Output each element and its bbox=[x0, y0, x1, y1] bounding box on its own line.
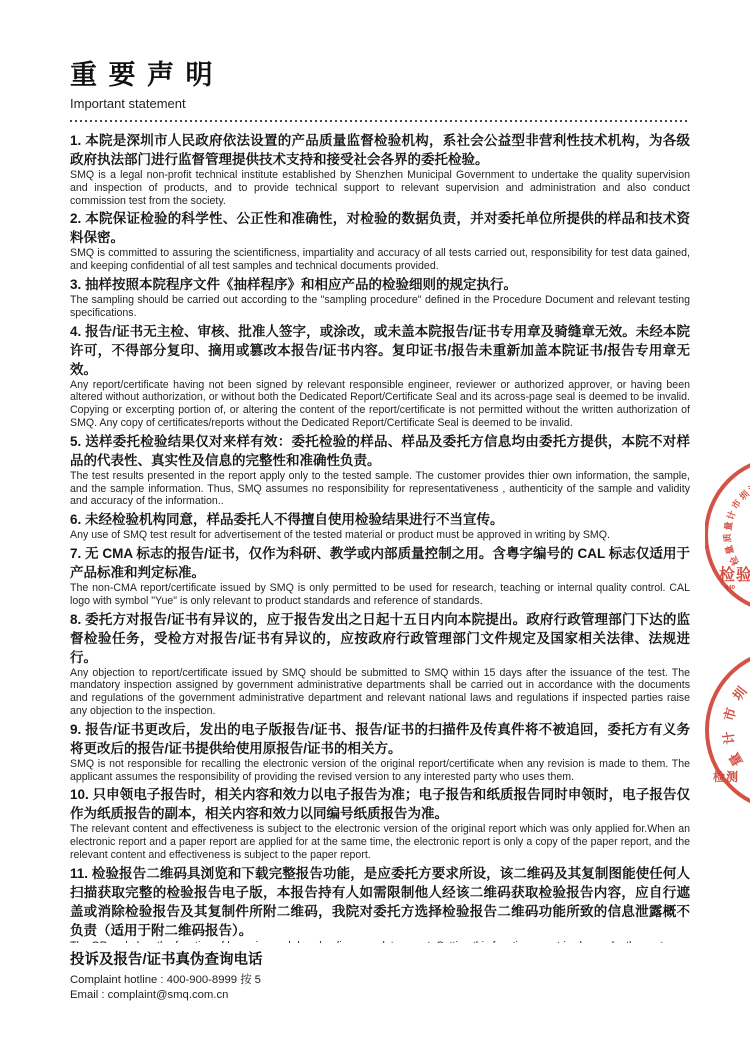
statement-item-cn: 2. 本院保证检验的科学性、公正性和准确性，对检验的数据负责，并对委托单位所提供… bbox=[70, 209, 690, 247]
red-seal-lower: 深圳市计量检测 bbox=[703, 652, 750, 810]
statement-item-cn: 11. 检验报告二维码具浏览和下载完整报告功能，是应委托方要求所设，该二维码及其… bbox=[70, 864, 690, 940]
statement-item-en: SMQ is committed to assuring the scienti… bbox=[70, 247, 690, 273]
statement-item: 1. 本院是深圳市人民政府依法设置的产品质量监督检验机构，系社会公益型非营利性技… bbox=[70, 131, 690, 207]
statement-item-cn: 4. 报告/证书无主检、审核、批准人签字，或涂改，或未盖本院报告/证书专用章及骑… bbox=[70, 322, 690, 379]
seal-arc-char: 圳 bbox=[736, 487, 750, 503]
statement-item-en: Any report/certificate having not been s… bbox=[70, 379, 690, 430]
statement-item: 3. 抽样按照本院程序文件《抽样程序》和相应产品的检验细则的规定执行。The s… bbox=[70, 275, 690, 320]
dotted-separator bbox=[70, 120, 690, 122]
seal-bottom-digits: 440 bbox=[725, 585, 735, 591]
seal-inner-text: 检测 bbox=[713, 768, 739, 785]
important-statement-page: 重 要 声 明 Important statement 1. 本院是深圳市人民政… bbox=[0, 0, 750, 1061]
statement-item: 4. 报告/证书无主检、审核、批准人签字，或涂改，或未盖本院报告/证书专用章及骑… bbox=[70, 322, 690, 430]
statement-item-cn: 3. 抽样按照本院程序文件《抽样程序》和相应产品的检验细则的规定执行。 bbox=[70, 275, 690, 294]
statement-item-en: The sampling should be carried out accor… bbox=[70, 294, 690, 320]
statement-item: 2. 本院保证检验的科学性、公正性和准确性，对检验的数据负责，并对委托单位所提供… bbox=[70, 209, 690, 273]
seal-circle bbox=[705, 652, 750, 810]
statement-item-en: Any use of SMQ test result for advertise… bbox=[70, 529, 690, 542]
statement-item: 6. 未经检验机构同意，样品委托人不得擅自使用检验结果进行不当宣传。Any us… bbox=[70, 510, 690, 542]
seal-arc-char: 市 bbox=[718, 706, 740, 723]
statement-item: 8. 委托方对报告/证书有异议的，应于报告发出之日起十五日内向本院提出。政府行政… bbox=[70, 610, 690, 718]
seal-arc-char: 检 bbox=[726, 554, 742, 568]
page-title: 重 要 声 明 bbox=[70, 60, 690, 91]
seal-arc-char: 质 bbox=[720, 533, 734, 543]
statement-item-cn: 10. 只申领电子报告时，相关内容和效力以电子报告为准；电子报告和纸质报告同时申… bbox=[70, 785, 690, 823]
statement-item-en: SMQ is not responsible for recalling the… bbox=[70, 758, 690, 784]
statement-item: 10. 只申领电子报告时，相关内容和效力以电子报告为准；电子报告和纸质报告同时申… bbox=[70, 785, 690, 861]
statement-item: 11. 检验报告二维码具浏览和下载完整报告功能，是应委托方要求所设，该二维码及其… bbox=[70, 864, 690, 943]
statement-item: 7. 无 CMA 标志的报告/证书，仅作为科研、教学或内部质量控制之用。含粤字编… bbox=[70, 544, 690, 608]
seal-arc-char: 圳 bbox=[728, 683, 750, 705]
page-header: 重 要 声 明 Important statement bbox=[70, 60, 690, 122]
statement-item-cn: 7. 无 CMA 标志的报告/证书，仅作为科研、教学或内部质量控制之用。含粤字编… bbox=[70, 544, 690, 582]
statement-list: 1. 本院是深圳市人民政府依法设置的产品质量监督检验机构，系社会公益型非营利性技… bbox=[70, 131, 690, 943]
seal-arc-char: 计 bbox=[717, 730, 738, 745]
statement-item-en: The test results presented in the report… bbox=[70, 470, 690, 508]
seal-arc-char: 深 bbox=[747, 667, 750, 690]
statement-item-cn: 1. 本院是深圳市人民政府依法设置的产品质量监督检验机构，系社会公益型非营利性技… bbox=[70, 131, 690, 169]
statement-item-en: The relevant content and effectiveness i… bbox=[70, 823, 690, 861]
statement-item-cn: 9. 报告/证书更改后，发出的电子版报告/证书、报告/证书的扫描件及传真件将不被… bbox=[70, 720, 690, 758]
statement-item-cn: 6. 未经检验机构同意，样品委托人不得擅自使用检验结果进行不当宣传。 bbox=[70, 510, 690, 529]
seal-circle bbox=[705, 458, 750, 608]
statement-item: 5. 送样委托检验结果仅对来样有效：委托检验的样品、样品及委托方信息均由委托方提… bbox=[70, 432, 690, 508]
contact-title: 投诉及报告/证书真伪查询电话 bbox=[70, 948, 690, 969]
statement-item-en: The non-CMA report/certificate issued by… bbox=[70, 582, 690, 608]
red-seal-upper: 深圳市计量质量检检验440 bbox=[705, 458, 750, 608]
statement-item-en: SMQ is a legal non-profit technical inst… bbox=[70, 169, 690, 207]
contact-footer: 投诉及报告/证书真伪查询电话 Complaint hotline : 400-9… bbox=[70, 948, 690, 1003]
complaint-hotline: Complaint hotline : 400-900-8999 按 5 bbox=[70, 973, 690, 988]
statement-item-cn: 8. 委托方对报告/证书有异议的，应于报告发出之日起十五日内向本院提出。政府行政… bbox=[70, 610, 690, 667]
statement-item-cn: 5. 送样委托检验结果仅对来样有效：委托检验的样品、样品及委托方信息均由委托方提… bbox=[70, 432, 690, 470]
statement-item: 9. 报告/证书更改后，发出的电子版报告/证书、报告/证书的扫描件及传真件将不被… bbox=[70, 720, 690, 784]
seal-arc-char: 量 bbox=[724, 750, 747, 771]
seal-arc-char: 深 bbox=[746, 480, 750, 496]
seal-inner-text: 检验 bbox=[719, 562, 750, 585]
page-subtitle: Important statement bbox=[70, 96, 690, 111]
seal-arc-char: 市 bbox=[728, 497, 744, 512]
statement-item-en: The QR code has the function of browsing… bbox=[70, 940, 690, 943]
statement-item-en: Any objection to report/certificate issu… bbox=[70, 667, 690, 718]
seal-arc-char: 计 bbox=[723, 508, 738, 521]
seal-arc-char: 量 bbox=[722, 544, 737, 556]
complaint-email: Email : complaint@smq.com.cn bbox=[70, 988, 690, 1003]
seal-arc-char: 量 bbox=[721, 521, 735, 532]
